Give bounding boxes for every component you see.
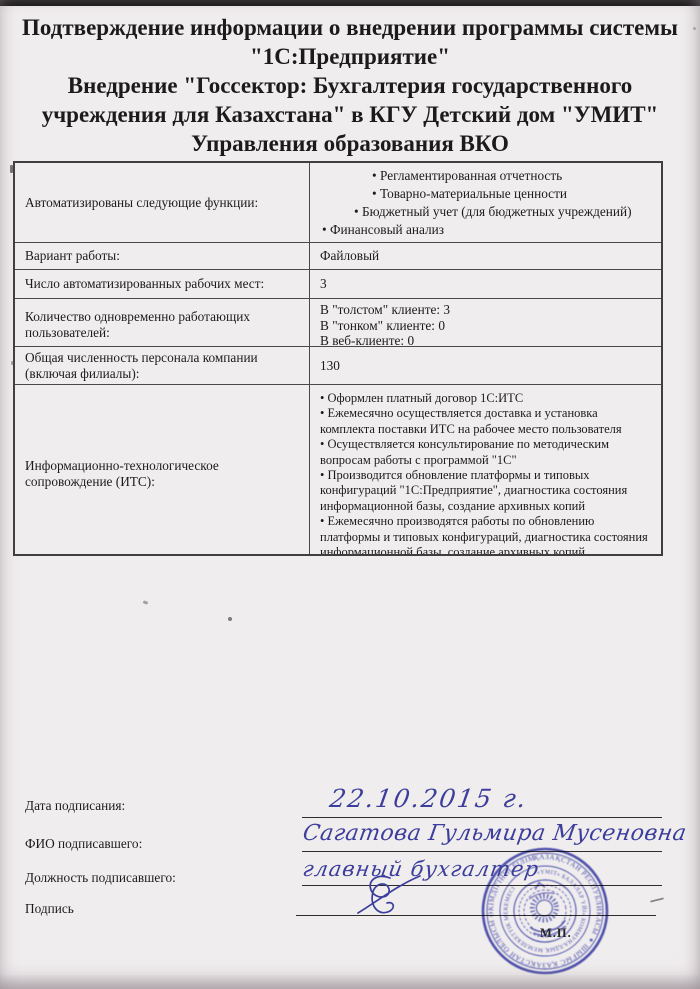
its-item: Осуществляется консультирование по метод… (320, 437, 651, 468)
scan-speck (228, 617, 232, 621)
row-label: Общая численность персонала компании (вк… (15, 347, 309, 384)
title-line: Внедрение "Госсектор: Бухгалтерия госуда… (10, 71, 690, 100)
row-label: Количество одновременно работающих польз… (15, 299, 309, 346)
title-line: учреждения для Казахстана" в КГУ Детский… (10, 100, 690, 129)
name-label: ФИО подписавшего: (25, 836, 142, 852)
function-item: Финансовый анализ (322, 221, 651, 239)
handwritten-signature (352, 872, 424, 920)
document-title: Подтверждение информации о внедрении про… (10, 13, 690, 158)
title-line: Управления образования ВКО (10, 129, 690, 158)
row-label: Вариант работы: (15, 243, 309, 269)
handwritten-name: Сагатова Гульмира Мусеновна (301, 821, 688, 846)
client-count-line: В веб-клиенте: 0 (320, 333, 651, 346)
scan-speck (143, 600, 149, 605)
row-value: Регламентированная отчетность Товарно-ма… (309, 163, 661, 242)
function-item: Товарно-материальные ценности (372, 185, 651, 203)
client-count-line: В "толстом" клиенте: 3 (320, 302, 651, 318)
row-label: Число автоматизированных рабочих мест: (15, 270, 309, 298)
table-row: Общая численность персонала компании (вк… (15, 346, 661, 384)
document-page: Подтверждение информации о внедрении про… (0, 0, 700, 989)
date-label: Дата подписания: (25, 798, 125, 814)
table-row: Автоматизированы следующие функции: Регл… (15, 163, 661, 242)
handwritten-date: 22.10.2015 г. (328, 784, 530, 813)
scan-edge-top (0, 0, 700, 6)
date-line (302, 817, 662, 818)
info-table: Автоматизированы следующие функции: Регл… (13, 161, 663, 556)
table-row: Количество одновременно работающих польз… (15, 298, 661, 346)
row-label: Информационно-технологическое сопровожде… (15, 385, 309, 554)
signature-label: Подпись (25, 901, 74, 917)
table-row: Вариант работы: Файловый (15, 242, 661, 269)
row-value: В "толстом" клиенте: 3 В "тонком" клиент… (309, 299, 661, 346)
function-item: Регламентированная отчетность (372, 167, 651, 185)
scan-edge-bottom (0, 975, 700, 989)
function-item: Бюджетный учет (для бюджетных учреждений… (354, 203, 651, 221)
its-item: Ежемесячно осуществляется доставка и уст… (320, 406, 651, 437)
pen-dash-mark (650, 897, 664, 902)
position-label: Должность подписавшего: (25, 870, 176, 886)
table-row: Число автоматизированных рабочих мест: 3 (15, 269, 661, 298)
row-value: 130 (309, 347, 661, 384)
seal-place-mark: М.П. (540, 926, 572, 941)
row-label: Автоматизированы следующие функции: (15, 163, 309, 242)
row-value: Оформлен платный договор 1С:ИТС Ежемесяч… (309, 385, 661, 554)
scan-speck (10, 165, 13, 173)
scan-speck (11, 361, 14, 365)
table-row: Информационно-технологическое сопровожде… (15, 384, 661, 554)
scan-speck (693, 27, 696, 30)
its-item: Производится обновление платформы и типо… (320, 468, 651, 514)
row-value: 3 (309, 270, 661, 298)
client-count-line: В "тонком" клиенте: 0 (320, 318, 651, 334)
its-item: Ежемесячно производятся работы по обновл… (320, 514, 651, 554)
title-line: Подтверждение информации о внедрении про… (10, 13, 690, 42)
row-value: Файловый (309, 243, 661, 269)
title-line: "1С:Предприятие" (10, 42, 690, 71)
its-item: Оформлен платный договор 1С:ИТС (320, 391, 651, 406)
